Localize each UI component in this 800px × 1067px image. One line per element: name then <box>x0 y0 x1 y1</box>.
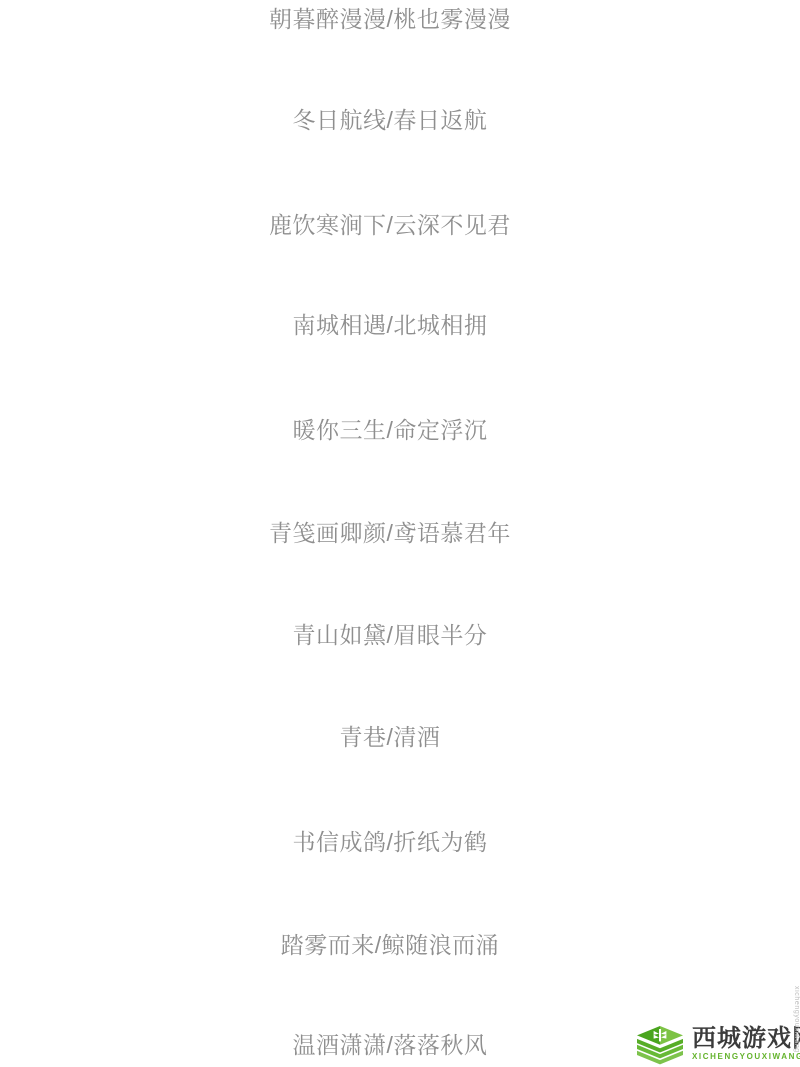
list-item: 青笺画卿颜/鸢语慕君年 <box>0 518 780 548</box>
site-name: 西城游戏网 <box>692 1026 800 1052</box>
list-item: 青巷/清酒 <box>0 722 780 752</box>
list-item: 鹿饮寒涧下/云深不见君 <box>0 210 780 240</box>
site-watermark: 西城游戏网 XICHENGYOUXIWANG <box>637 1026 800 1067</box>
article-page: 朝暮醉漫漫/桃也雾漫漫 冬日航线/春日返航 鹿饮寒涧下/云深不见君 南城相遇/北… <box>0 0 800 1067</box>
list-item: 暖你三生/命定浮沉 <box>0 415 780 445</box>
list-item: 踏雾而来/鲸随浪而涌 <box>0 930 780 960</box>
list-item: 书信成鸽/折纸为鹤 <box>0 827 780 857</box>
list-item: 南城相遇/北城相拥 <box>0 310 780 340</box>
vertical-watermark-text: xichengyouxiwang <box>793 986 800 1064</box>
list-item: 冬日航线/春日返航 <box>0 105 780 135</box>
wheat-sheaf-logo-icon <box>637 1026 683 1067</box>
list-item: 青山如黛/眉眼半分 <box>0 620 780 650</box>
list-item: 朝暮醉漫漫/桃也雾漫漫 <box>0 4 780 34</box>
site-pinyin: XICHENGYOUXIWANG <box>692 1053 800 1061</box>
watermark-text-block: 西城游戏网 XICHENGYOUXIWANG <box>692 1026 800 1061</box>
